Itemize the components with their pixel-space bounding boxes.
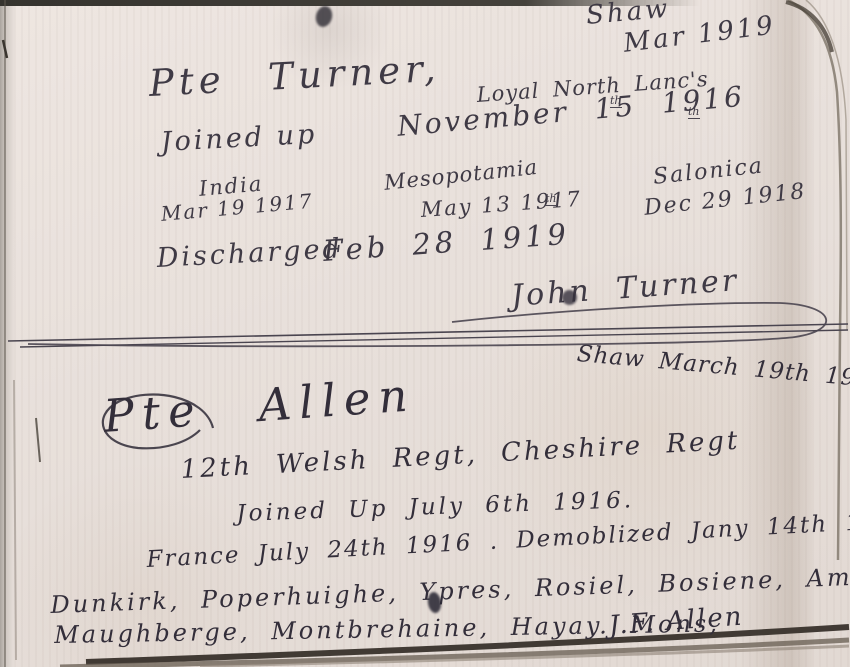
divider-rule-bottom	[20, 330, 848, 347]
allen-joined-line: Joined Up July 6th 1916.	[236, 488, 634, 527]
superscript-mark: th	[545, 193, 557, 206]
turner-joined-label: Joined up	[160, 120, 318, 158]
posting-date: Mar 19 1917	[160, 190, 314, 225]
turner-signature: John Turner	[510, 264, 740, 313]
signature-flourish	[28, 303, 826, 346]
turner-name: Pte Turner,	[148, 49, 441, 105]
turner-discharged-date: Feb 28 1919	[322, 219, 571, 268]
divider-rule-top	[8, 324, 848, 341]
ink-blot	[314, 4, 335, 28]
ink-blot	[562, 290, 577, 305]
allen-regiments: 12th Welsh Regt, Cheshire Regt	[180, 427, 741, 485]
stitch-mark	[36, 418, 40, 462]
page-edge-curve	[806, 0, 847, 330]
allen-signature: J.F. Allen	[608, 603, 744, 641]
superscript-mark: th	[610, 95, 622, 108]
scanned-page: Shaw Mar 1919 Pte Turner, Loyal North La…	[0, 0, 850, 667]
book-binding-edge	[0, 0, 16, 667]
allen-name: Pte Allen	[102, 370, 417, 441]
posting-place: Mesopotamia	[383, 156, 539, 195]
turner-discharged-label: Discharged	[156, 234, 344, 273]
